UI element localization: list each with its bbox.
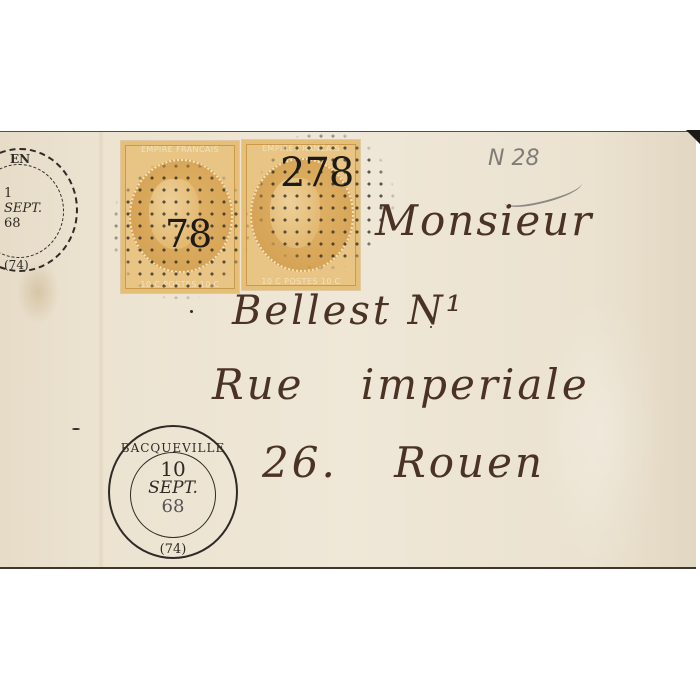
ink-speck [72,428,80,430]
partial-postmark-dept: (74) [4,258,29,272]
postmark-day: 10 [110,459,236,479]
postmark-department: (74) [110,542,236,557]
ink-speck [430,326,432,328]
bacqueville-postmark: BACQUEVILLE 10 SEPT. 68 (74) [108,425,238,559]
partial-postmark-month: SEPT. [4,201,42,216]
address-line-3: Rue imperiale [212,360,590,409]
partial-postmark-day: 1 [4,186,42,201]
address-line-1: Monsieur [375,196,593,245]
cancel-numeral-2: 278 [280,150,353,196]
address-line-4: 26. Rouen [262,438,545,487]
postmark-year: 68 [110,497,236,517]
stamp-1-top-text: EMPIRE FRANCAIS [121,145,239,154]
ink-speck [190,310,193,313]
postmark-town: BACQUEVILLE [110,441,236,455]
partial-postmark-town: EN [10,152,30,166]
pencil-note: N 28 [488,146,539,171]
postmark-month: SEPT. [110,479,236,497]
cancel-numeral-1: 78 [165,212,211,256]
partial-postmark-year: 68 [4,216,42,231]
stamp-2-bottom-text: 10 C POSTES 10 C [242,277,360,286]
